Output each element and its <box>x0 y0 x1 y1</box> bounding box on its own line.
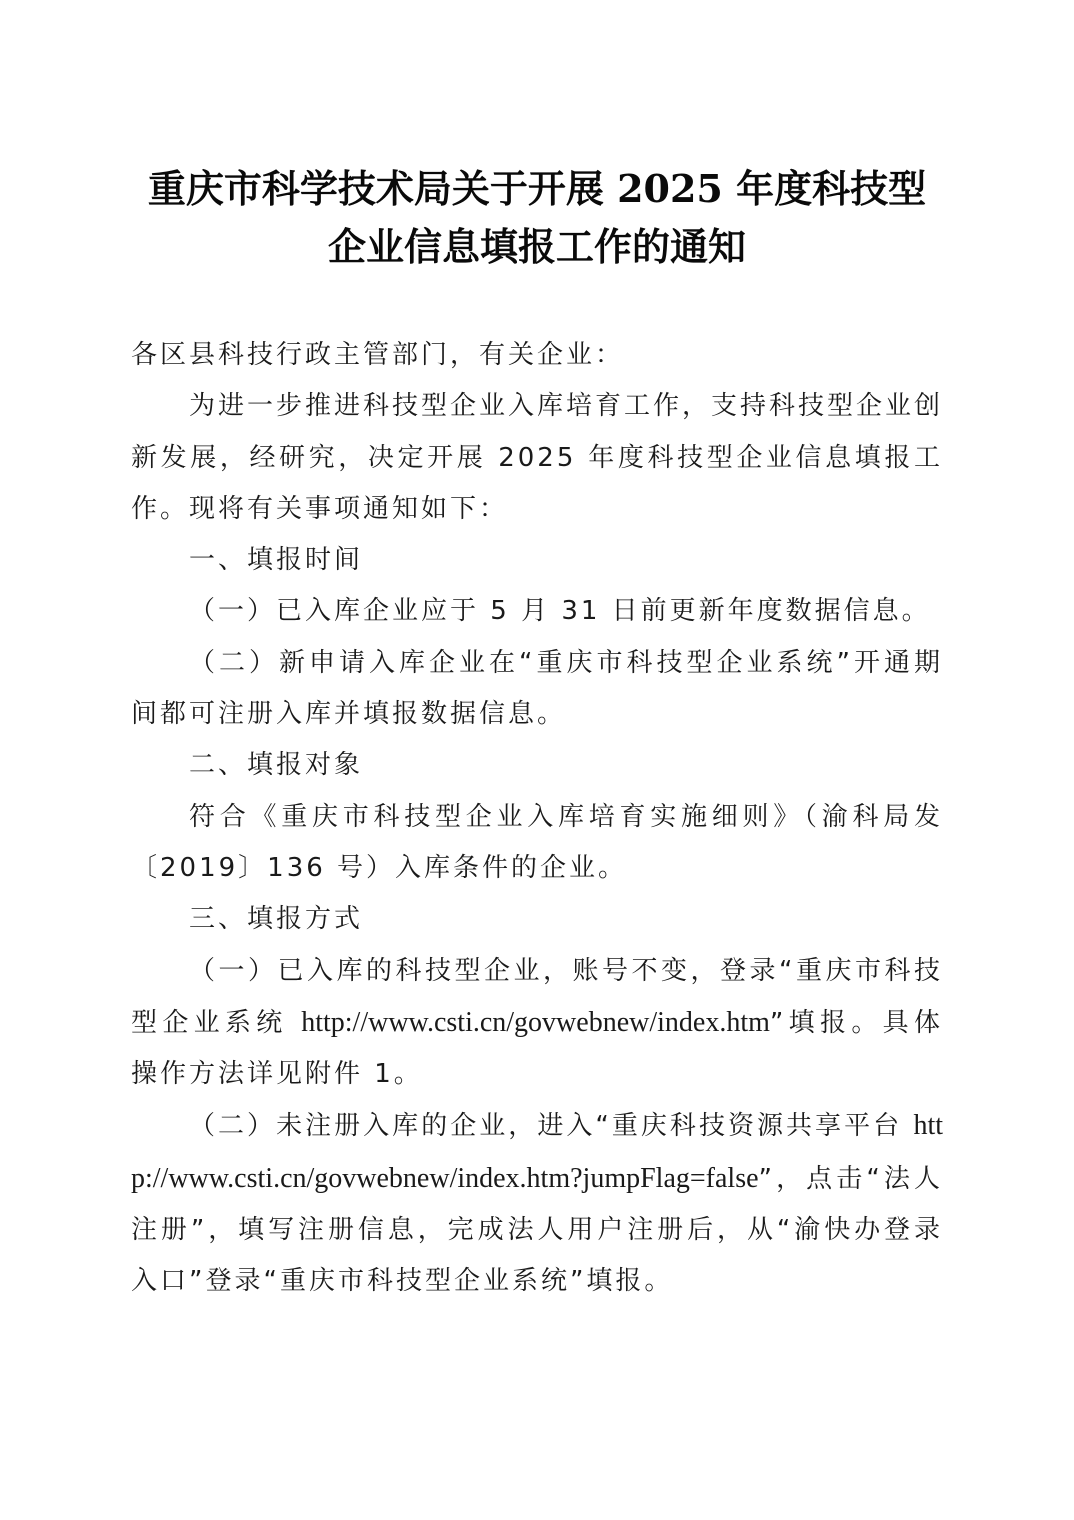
document-body: 各区县科技行政主管部门，有关企业： 为进一步推进科技型企业入库培育工作，支持科技… <box>131 330 943 1308</box>
document-title: 重庆市科学技术局关于开展 2025 年度科技型 企业信息填报工作的通知 <box>0 160 1074 276</box>
document-page: 重庆市科学技术局关于开展 2025 年度科技型 企业信息填报工作的通知 各区县科… <box>0 0 1074 1520</box>
title-line-1: 重庆市科学技术局关于开展 2025 年度科技型 <box>0 160 1074 218</box>
section-method-item-1: （一）已入库的科技型企业，账号不变，登录“重庆市科技型企业系统 http://w… <box>131 946 943 1101</box>
section-heading-method: 三、填报方式 <box>131 894 943 945</box>
section-method-item-2: （二）未注册入库的企业，进入“重庆科技资源共享平台 http://www.cst… <box>131 1100 943 1307</box>
csti-system-link[interactable]: http://www.csti.cn/govwebnew/index.htm <box>301 1007 770 1038</box>
section-target-item-1: 符合《重庆市科技型企业入库培育实施细则》（渝科局发〔2019〕136 号）入库条… <box>131 792 943 895</box>
section-time-item-1: （一）已入库企业应于 5 月 31 日前更新年度数据信息。 <box>131 586 943 637</box>
title-line-2: 企业信息填报工作的通知 <box>0 218 1074 276</box>
section-heading-time: 一、填报时间 <box>131 535 943 586</box>
salutation: 各区县科技行政主管部门，有关企业： <box>131 330 943 381</box>
intro-paragraph: 为进一步推进科技型企业入库培育工作，支持科技型企业创新发展，经研究，决定开展 2… <box>131 381 943 535</box>
section-heading-target: 二、填报对象 <box>131 740 943 791</box>
section-time-item-2: （二）新申请入库企业在“重庆市科技型企业系统”开通期间都可注册入库并填报数据信息… <box>131 638 943 741</box>
method-item-2-text-before: （二）未注册入库的企业，进入“重庆科技资源共享平台 <box>189 1111 913 1141</box>
